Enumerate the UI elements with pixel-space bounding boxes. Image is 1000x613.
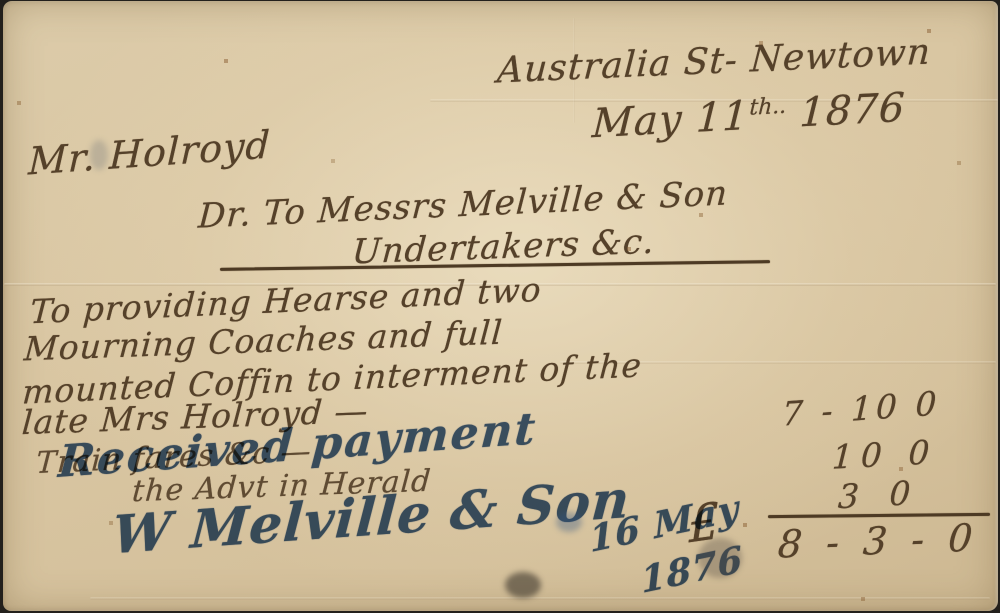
total-amount: 8 - 3 - 0 bbox=[777, 518, 980, 563]
paper-speckles bbox=[0, 0, 2, 2]
date-ordinal: th.. bbox=[749, 94, 787, 121]
grey-blotch bbox=[698, 538, 742, 578]
scanned-receipt: Australia St- Newtown May 11th.. 1876 Mr… bbox=[0, 0, 1000, 613]
charge-amount-2: 10 0 bbox=[831, 435, 938, 474]
charge-amount-3: 3 0 bbox=[837, 476, 921, 513]
ink-smudge bbox=[505, 572, 541, 598]
fold-crease bbox=[90, 597, 990, 600]
charge-amount-1: 7 - 10 0 bbox=[782, 386, 941, 430]
grey-smudge bbox=[90, 140, 108, 170]
date-day: May 11 bbox=[591, 93, 750, 147]
date-year: 1876 bbox=[798, 85, 906, 137]
ink-blot bbox=[556, 512, 582, 532]
